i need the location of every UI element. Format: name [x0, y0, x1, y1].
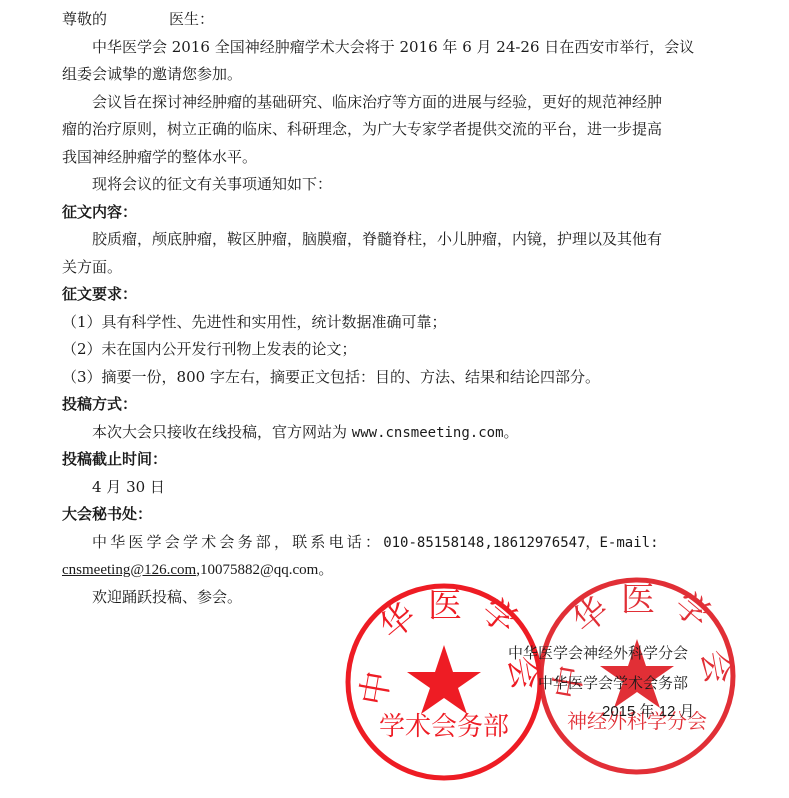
submission-text: 本次大会只接收在线投稿，官方网站为 — [92, 423, 352, 441]
secretariat-phones: 010-85158148,18612976547，E-mail: — [383, 535, 658, 551]
content-line: 关方面。 — [62, 254, 712, 282]
signature-org-neurosurgery: 中华医学会神经外科学分会 — [508, 642, 688, 663]
secretariat-org: 中华医学会学术会务部，联系电话： — [92, 533, 383, 551]
salutation-suffix: 医生： — [169, 10, 214, 28]
seal-bottom-text: 学术会务部 — [379, 712, 509, 742]
star-icon — [407, 645, 481, 714]
submission-line: 本次大会只接收在线投稿，官方网站为 www.cnsmeeting.com。 — [62, 419, 712, 447]
secretariat-email-line: cnsmeeting@126.com,10075882@qq.com。 — [62, 556, 712, 584]
requirement-item: （1）具有科学性、先进性和实用性，统计数据准确可靠； — [62, 309, 712, 337]
seal-char: 会 — [693, 647, 738, 687]
purpose-paragraph-line: 瘤的治疗原则，树立正确的临床、科研理念，为广大专家学者提供交流的平台，进一步提高 — [62, 116, 712, 144]
seal-ring — [348, 586, 540, 778]
section-heading-deadline: 投稿截止时间： — [62, 446, 712, 474]
section-heading-content: 征文内容： — [62, 199, 712, 227]
salutation-prefix: 尊敬的 — [62, 10, 107, 28]
intro-paragraph-line: 中华医学会 2016 全国神经肿瘤学术大会将于 2016 年 6 月 24-26… — [62, 34, 712, 62]
signature-org-academic: 中华医学会学术会务部 — [538, 672, 688, 693]
deadline-date: 4 月 30 日 — [62, 474, 712, 502]
secretariat-contact-line: 中华医学会学术会务部，联系电话：010-85158148,18612976547… — [62, 529, 712, 557]
purpose-paragraph-line: 会议旨在探讨神经肿瘤的基础研究、临床治疗等方面的进展与经验，更好的规范神经肿 — [62, 89, 712, 117]
seal-char: 中 — [353, 668, 398, 708]
notice-line: 现将会议的征文有关事项通知如下： — [62, 171, 712, 199]
section-heading-requirements: 征文要求： — [62, 281, 712, 309]
submission-suffix: 。 — [504, 423, 519, 441]
intro-paragraph-line: 组委会诚挚的邀请您参加。 — [62, 61, 712, 89]
website-link[interactable]: www.cnsmeeting.com — [352, 425, 504, 441]
letter-body: 尊敬的医生： 中华医学会 2016 全国神经肿瘤学术大会将于 2016 年 6 … — [62, 6, 712, 611]
seal-academic-affairs: 中 华 医 学 会 学术会务部 — [348, 586, 545, 778]
section-heading-secretariat: 大会秘书处： — [62, 501, 712, 529]
signature-date: 2015 年 12 月 — [602, 700, 695, 721]
requirement-item: （3）摘要一份，800 字左右，摘要正文包括：目的、方法、结果和结论四部分。 — [62, 364, 712, 392]
salutation: 尊敬的医生： — [62, 6, 712, 34]
purpose-paragraph-line: 我国神经肿瘤学的整体水平。 — [62, 144, 712, 172]
section-heading-submission: 投稿方式： — [62, 391, 712, 419]
closing-line: 欢迎踊跃投稿、参会。 — [62, 584, 712, 612]
content-line: 胶质瘤，颅底肿瘤，鞍区肿瘤，脑膜瘤，脊髓脊柱，小儿肿瘤，内镜，护理以及其他有 — [62, 226, 712, 254]
email-link-126[interactable]: cnsmeeting@126.com — [62, 562, 196, 578]
requirement-item: （2）未在国内公开发行刊物上发表的论文； — [62, 336, 712, 364]
email-rest: ,10075882@qq.com。 — [196, 562, 333, 578]
